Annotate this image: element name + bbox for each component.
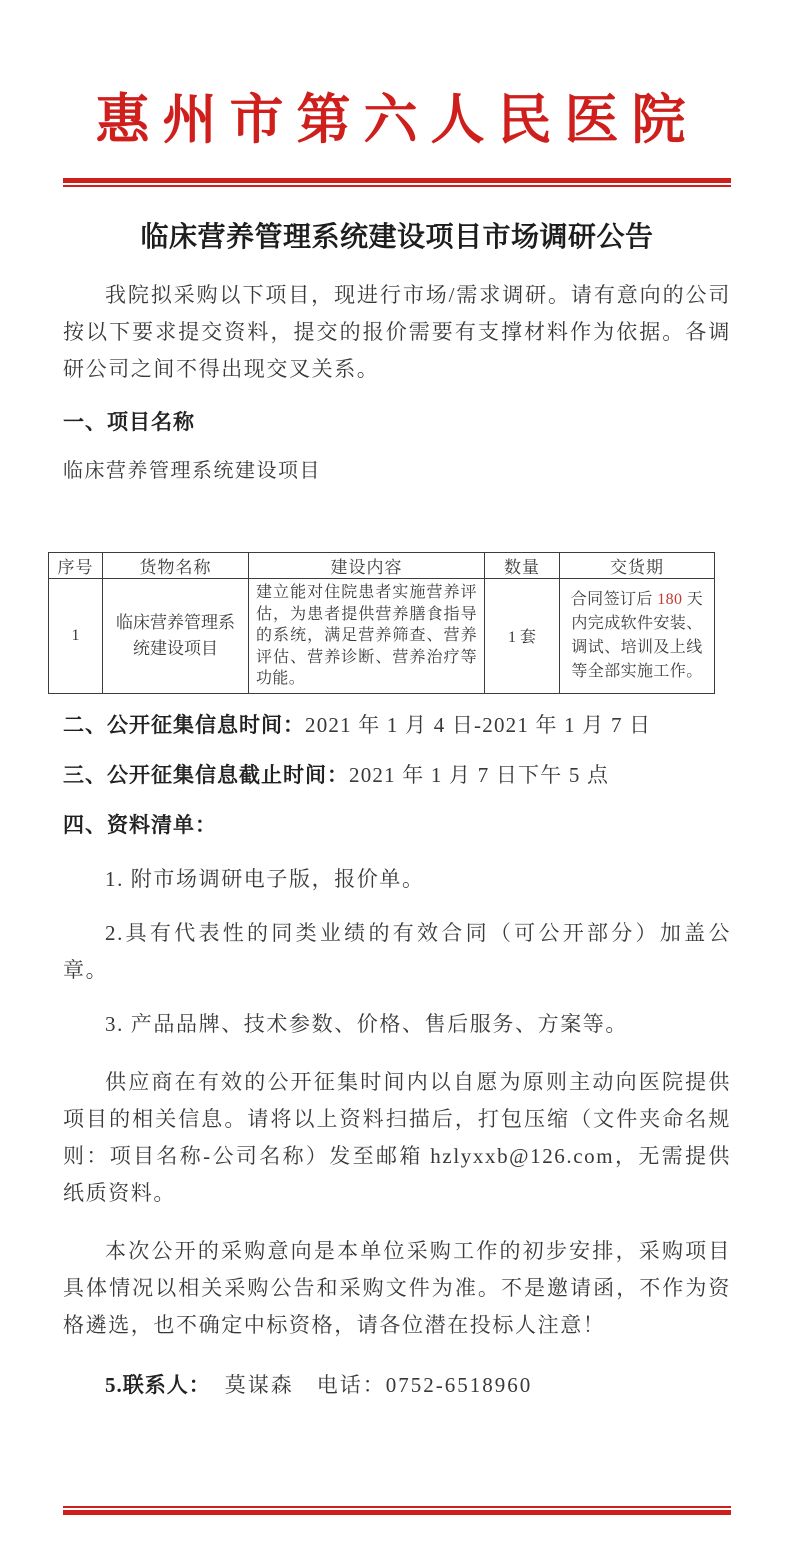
section-three-line: 三、公开征集信息截止时间：2021 年 1 月 7 日下午 5 点 (63, 757, 731, 794)
announcement-page: 惠州市第六人民医院 临床营养管理系统建设项目市场调研公告 我院拟采购以下项目，现… (0, 0, 794, 1551)
seq-cell: 1 (49, 579, 103, 694)
project-name-line: 临床营养管理系统建设项目 (63, 453, 731, 490)
delivery-cell: 合同签订后 180 天内完成软件安装、调试、培训及上线等全部实施工作。 (560, 579, 715, 694)
construction-content-cell: 建立能对住院患者实施营养评估，为患者提供营养膳食指导的系统，满足营养筛查、营养评… (249, 579, 485, 694)
section-three-label: 三、公开征集信息截止时间： (63, 763, 349, 787)
section-two-label: 二、公开征集信息时间： (63, 713, 305, 737)
hospital-letterhead-title: 惠州市第六人民医院 (0, 84, 794, 156)
list-item-1: 1. 附市场调研电子版，报价单。 (63, 861, 731, 898)
disclaimer-paragraph: 本次公开的采购意向是本单位采购工作的初步安排，采购项目具体情况以相关采购公告和采… (63, 1233, 731, 1344)
column-header-construction-content: 建设内容 (249, 553, 485, 579)
contact-line: 5.联系人：莫谋森 电话：0752-6518960 (63, 1367, 731, 1404)
section-four-heading: 四、资料清单： (63, 807, 731, 844)
contact-value: 莫谋森 电话：0752-6518960 (211, 1373, 533, 1397)
column-header-goods-name: 货物名称 (103, 553, 249, 579)
table-row: 1 临床营养管理系统建设项目 建立能对住院患者实施营养评估，为患者提供营养膳食指… (49, 579, 715, 694)
list-item-3: 3. 产品品牌、技术参数、价格、售后服务、方案等。 (63, 1006, 731, 1043)
document-title: 临床营养管理系统建设项目市场调研公告 (63, 220, 731, 256)
quantity-cell: 1 套 (485, 579, 560, 694)
procurement-table: 序号 货物名称 建设内容 数量 交货期 1 临床营养管理系统建设项目 建立能对住… (48, 552, 715, 694)
column-header-quantity: 数量 (485, 553, 560, 579)
footer-thick-line (63, 1510, 731, 1515)
list-item-2: 2.具有代表性的同类业绩的有效合同（可公开部分）加盖公章。 (63, 915, 731, 989)
column-header-seq: 序号 (49, 553, 103, 579)
divider-thin-line (63, 185, 731, 187)
letterhead-divider (63, 178, 731, 187)
contact-label: 5.联系人： (105, 1373, 211, 1397)
section-one-heading: 一、项目名称 (63, 404, 731, 441)
table-header-row: 序号 货物名称 建设内容 数量 交货期 (49, 553, 715, 579)
section-two-value: 2021 年 1 月 4 日-2021 年 1 月 7 日 (305, 713, 651, 737)
goods-name-cell: 临床营养管理系统建设项目 (103, 579, 249, 694)
footer-divider (63, 1506, 731, 1515)
delivery-days-highlight: 180 (657, 591, 682, 608)
column-header-delivery: 交货期 (560, 553, 715, 579)
intro-paragraph: 我院拟采购以下项目，现进行市场/需求调研。请有意向的公司按以下要求提交资料，提交… (63, 277, 731, 388)
supplier-notice-paragraph: 供应商在有效的公开征集时间内以自愿为原则主动向医院提供项目的相关信息。请将以上资… (63, 1064, 731, 1212)
section-three-value: 2021 年 1 月 7 日下午 5 点 (349, 763, 609, 787)
delivery-text-pre: 合同签订后 (571, 591, 657, 608)
section-two-line: 二、公开征集信息时间：2021 年 1 月 4 日-2021 年 1 月 7 日 (63, 707, 731, 744)
